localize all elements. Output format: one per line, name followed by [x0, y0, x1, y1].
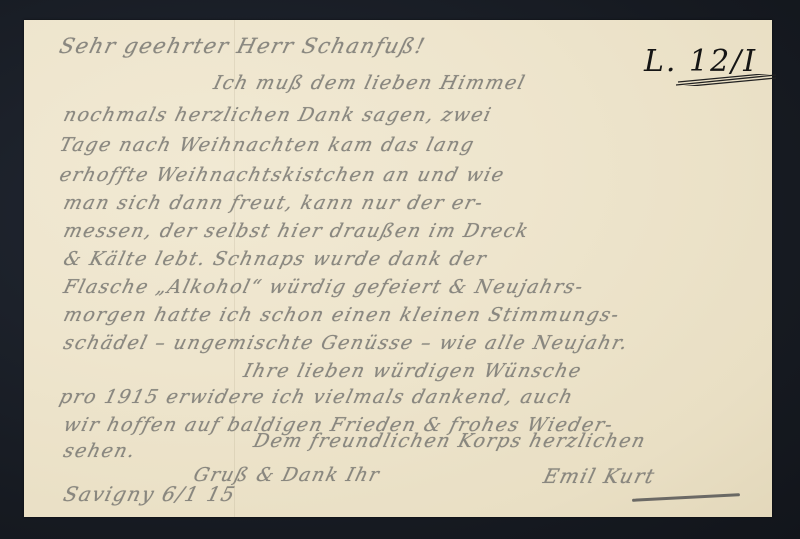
salutation: Sehr geehrter Herr Schanfuß!: [57, 34, 428, 58]
body-line: & Kälte lebt. Schnaps wurde dank der: [61, 248, 489, 270]
body-line: sehen.: [61, 440, 138, 462]
postcard: L. 12/I Sehr geehrter Herr Schanfuß! Ich…: [24, 20, 772, 517]
body-line: schädel – ungemischte Genüsse – wie alle…: [61, 332, 631, 354]
body-line: erhoffte Weihnachtskistchen an und wie: [57, 164, 507, 186]
body-line: Ich muß dem lieben Himmel: [211, 72, 528, 94]
place-date: Savigny 6/1 15: [61, 482, 239, 506]
body-line: pro 1915 erwidere ich vielmals dankend, …: [57, 386, 576, 408]
body-line: messen, der selbst hier draußen im Dreck: [61, 220, 532, 242]
body-line: Ihre lieben würdigen Wünsche: [241, 360, 584, 382]
signature: Emil Kurt: [541, 464, 658, 488]
body-line: nochmals herzlichen Dank sagen, zwei: [61, 104, 494, 126]
body-line: Tage nach Weihnachten kam das lang: [57, 134, 477, 156]
body-line: man sich dann freut, kann nur der er-: [61, 192, 486, 214]
body-line: morgen hatte ich schon einen kleinen Sti…: [61, 304, 622, 326]
body-line: Dem freundlichen Korps herzlichen: [251, 430, 648, 452]
signature-underline: [632, 493, 740, 502]
body-line: Flasche „Alkohol“ würdig gefeiert & Neuj…: [61, 276, 586, 298]
reference-underline-strokes: [676, 74, 776, 86]
